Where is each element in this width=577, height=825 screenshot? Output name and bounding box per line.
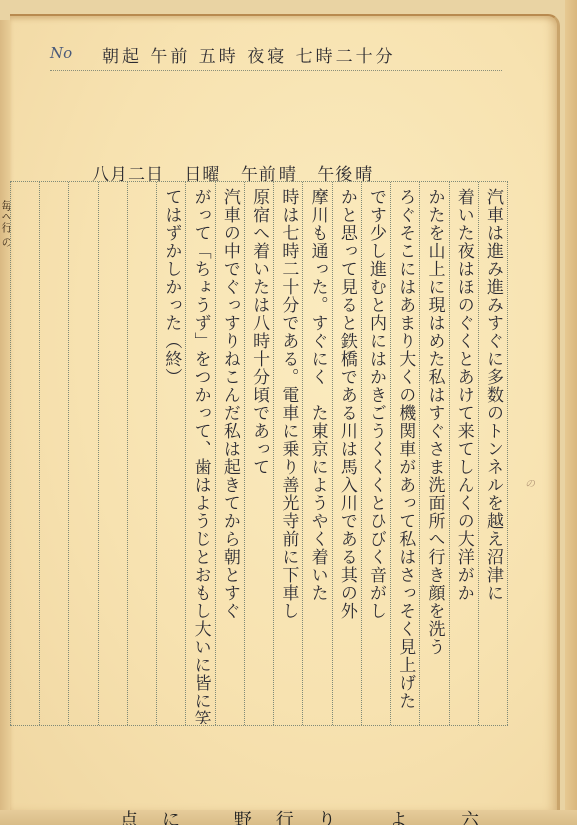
grid-column: てはずかしかった（終） — [156, 182, 185, 725]
column-text: がって「ちょうず」をつかって、歯はようじとおもし大いに皆に笑はれ — [186, 188, 214, 724]
grid-column: です少し進むと内にはかきごうくくくとひびく音がし — [361, 182, 390, 725]
grid-column: 原宿へ着いたは八時十分頃であって — [244, 182, 273, 725]
column-text: 汽車は進み進みすぐに多数のトンネルを越え沼津に — [479, 188, 507, 724]
column-text — [99, 188, 127, 724]
grid-column — [10, 182, 39, 725]
column-text — [11, 188, 39, 724]
grid-column — [39, 182, 68, 725]
column-text — [40, 188, 68, 724]
column-text: 摩川も通った。すぐにく た東京にようやく着いた — [303, 188, 331, 724]
column-text: かと思って見ると鉄橋である川は馬入川である其の外 — [333, 188, 361, 724]
grid-column — [127, 182, 156, 725]
wake-sleep-times: 朝起 午前 五時 夜寝 七時二十分 — [102, 42, 396, 67]
header-line: No 朝起 午前 五時 夜寝 七時二十分 — [50, 40, 502, 71]
grid-column: 汽車は進み進みすぐに多数のトンネルを越え沼津に — [478, 182, 508, 725]
grid-column: がって「ちょうず」をつかって、歯はようじとおもし大いに皆に笑はれ — [185, 182, 214, 725]
column-text: です少し進むと内にはかきごうくくくとひびく音がし — [362, 188, 390, 724]
grid-column: かと思って見ると鉄橋である川は馬入川である其の外 — [332, 182, 361, 725]
grid-column — [98, 182, 127, 725]
next-page-fragment: 点に 野行り よ 六 — [120, 810, 503, 825]
grid-column: 摩川も通った。すぐにく た東京にようやく着いた — [302, 182, 331, 725]
column-text: 着いた夜はほのぐくとあけて来てしんくの大洋がか — [450, 188, 478, 724]
column-text — [69, 188, 97, 724]
column-text — [128, 188, 156, 724]
grid-column — [68, 182, 97, 725]
column-text: 時は七時二十分である。電車に乗り善光寺前に下車し — [274, 188, 302, 724]
next-page-strip: 点に 野行り よ 六 — [0, 810, 577, 825]
grid-column: 着いた夜はほのぐくとあけて来てしんくの大洋がか — [449, 182, 478, 725]
manuscript-grid: てはずかしかった（終） がって「ちょうず」をつかって、歯はようじとおもし大いに皆… — [10, 181, 508, 726]
grid-column: 汽車の中でぐっすりねこんだ私は起きてから朝とすぐ — [215, 182, 244, 725]
grid-column: ろぐそこにはあまり大くの機関車があって私はさっそく見上げた — [390, 182, 419, 725]
page-stack-edge — [565, 0, 577, 825]
grid-column: かたを山上に現はめた私はすぐさま洗面所へ行き顔を洗う — [419, 182, 448, 725]
column-text: 原宿へ着いたは八時十分頃であって — [245, 188, 273, 724]
entry-number-label: No — [50, 44, 72, 62]
column-text: てはずかしかった（終） — [157, 188, 185, 724]
margin-pencil-note: の — [525, 475, 535, 490]
grid-column: 時は七時二十分である。電車に乗り善光寺前に下車し — [273, 182, 302, 725]
column-text: かたを山上に現はめた私はすぐさま洗面所へ行き顔を洗う — [420, 188, 448, 724]
column-text: ろぐそこにはあまり大くの機関車があって私はさっそく見上げた — [391, 188, 419, 724]
column-text: 汽車の中でぐっすりねこんだ私は起きてから朝とすぐ — [216, 188, 244, 724]
